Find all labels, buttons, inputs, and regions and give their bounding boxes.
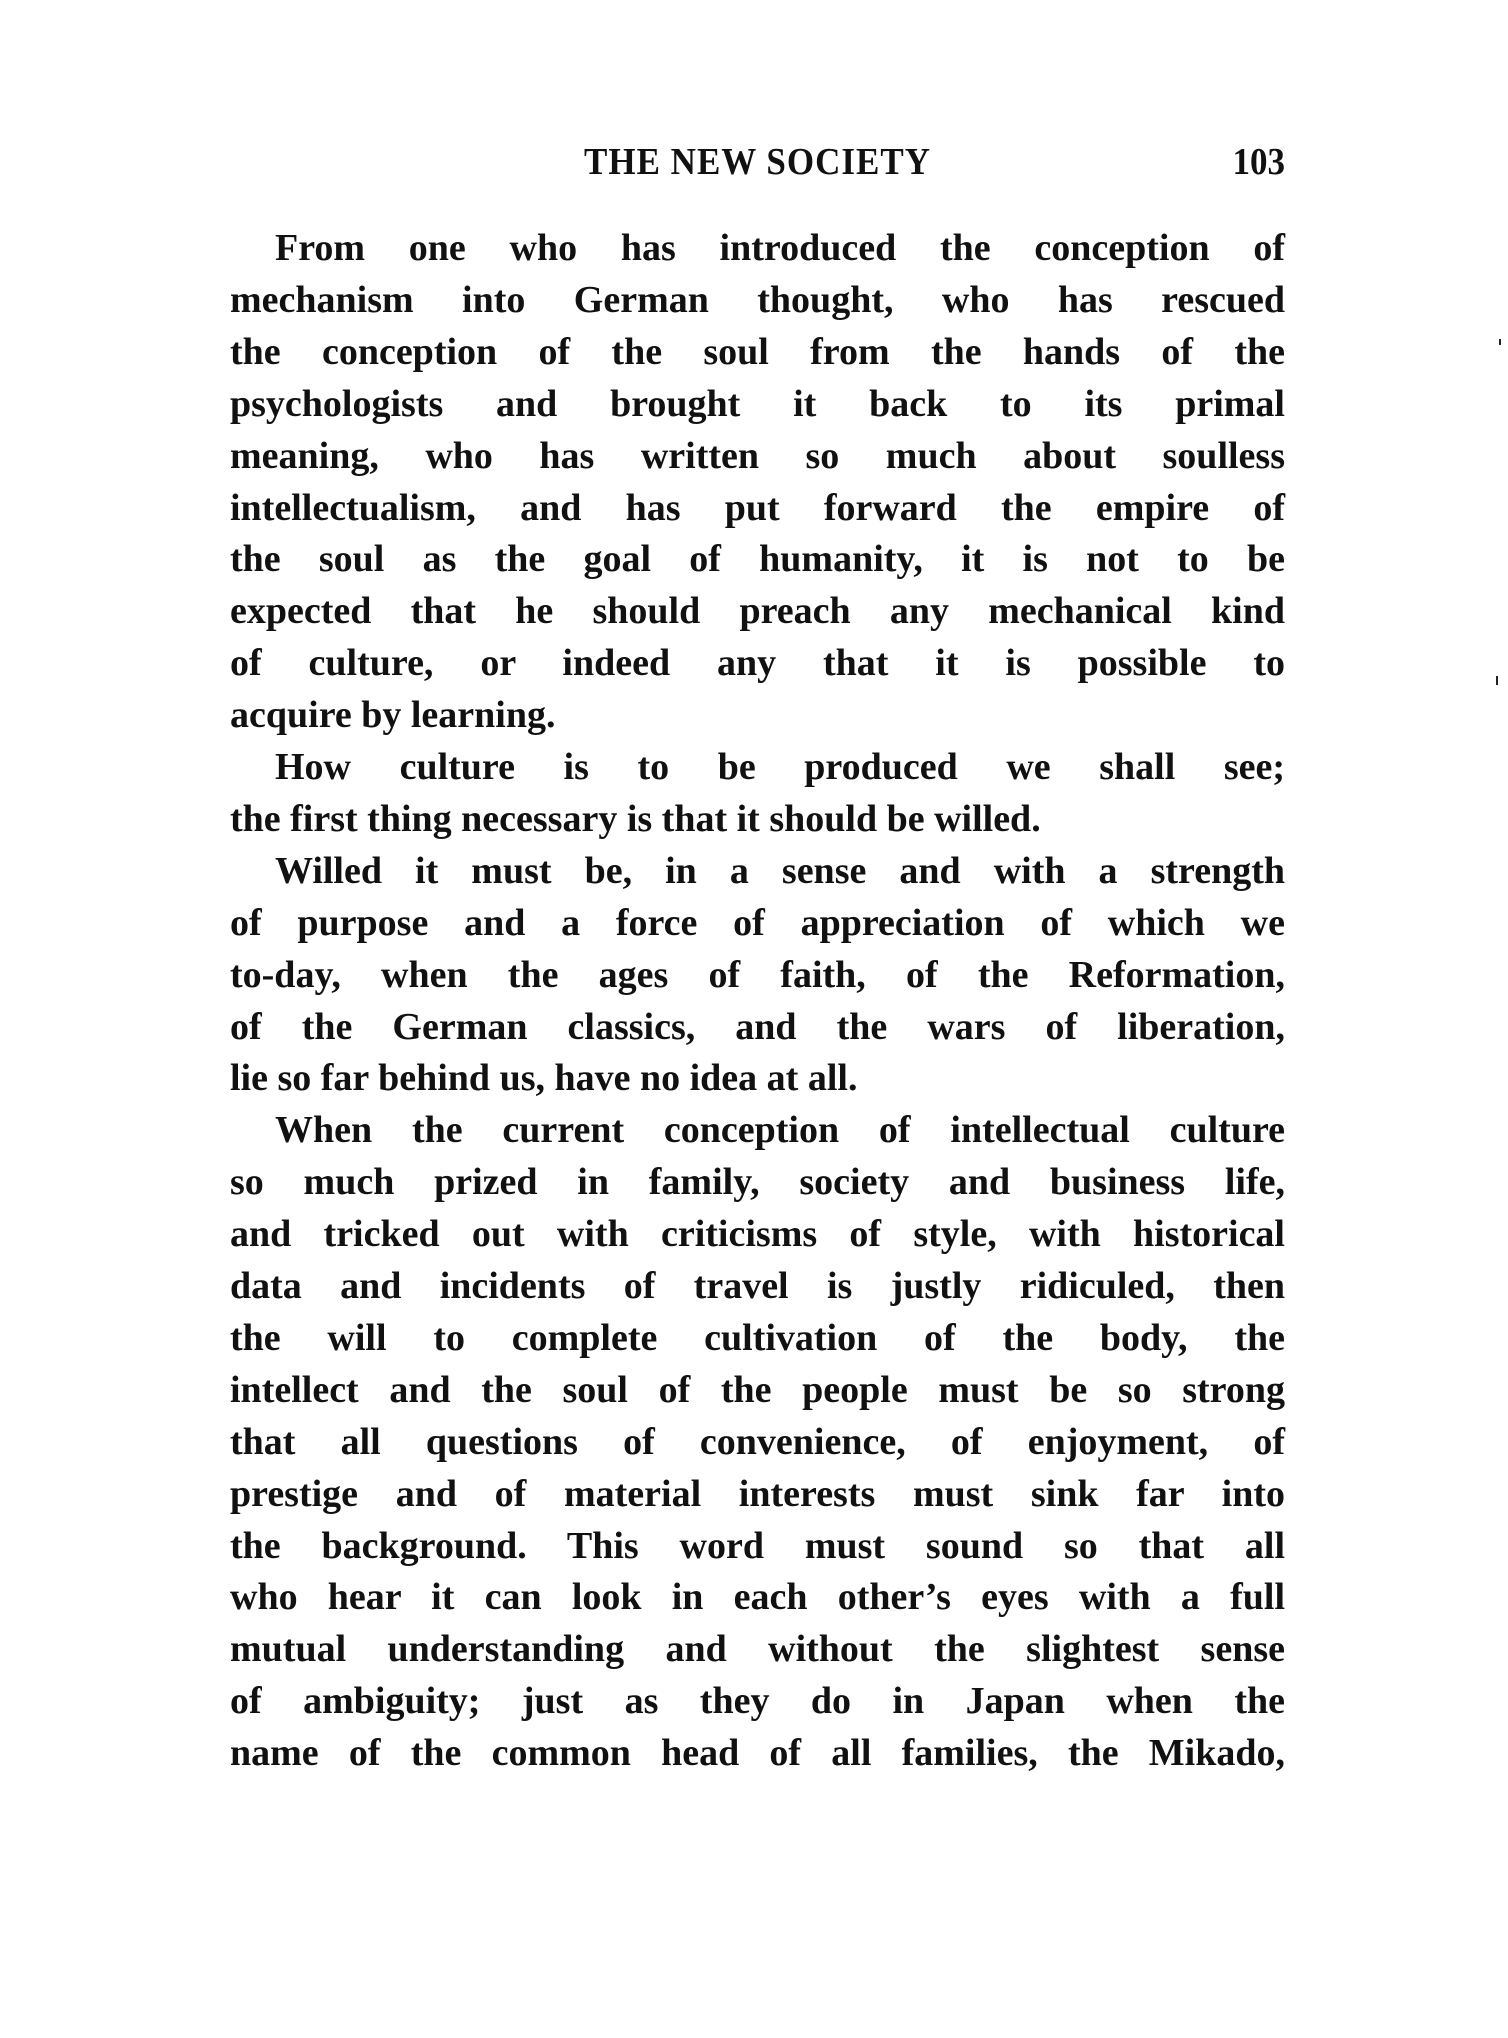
text-line: the conception of the soul from the hand… (230, 326, 1285, 378)
text-line: lie so far behind us, have no idea at al… (230, 1052, 1285, 1104)
text-line: meaning, who has written so much about s… (230, 430, 1285, 482)
text-line: intellectualism, and has put forward the… (230, 482, 1285, 534)
text-line: the first thing necessary is that it sho… (230, 793, 1285, 845)
text-line: to-day, when the ages of faith, of the R… (230, 949, 1285, 1001)
text-line: When the current conception of intellect… (230, 1104, 1285, 1156)
text-line: of purpose and a force of appreciation o… (230, 897, 1285, 949)
book-page: THE NEW SOCIETY 103 From one who has int… (0, 0, 1508, 2038)
text-line: mutual understanding and without the sli… (230, 1623, 1285, 1675)
text-line: of the German classics, and the wars of … (230, 1001, 1285, 1053)
text-line: name of the common head of all families,… (230, 1727, 1285, 1779)
page-number: 103 (1233, 140, 1286, 183)
text-line: How culture is to be produced we shall s… (230, 741, 1285, 793)
running-title: THE NEW SOCIETY (230, 140, 1285, 183)
text-line: the soul as the goal of humanity, it is … (230, 533, 1285, 585)
text-line: data and incidents of travel is justly r… (230, 1260, 1285, 1312)
text-line: of ambiguity; just as they do in Japan w… (230, 1675, 1285, 1727)
page-header: THE NEW SOCIETY 103 (230, 142, 1285, 192)
text-line: expected that he should preach any mecha… (230, 585, 1285, 637)
text-line: that all questions of convenience, of en… (230, 1416, 1285, 1468)
text-line: so much prized in family, society and bu… (230, 1156, 1285, 1208)
text-line: mechanism into German thought, who has r… (230, 274, 1285, 326)
text-line: the background. This word must sound so … (230, 1520, 1285, 1572)
text-line: and tricked out with criticisms of style… (230, 1208, 1285, 1260)
scan-speck (1499, 339, 1501, 345)
text-line: who hear it can look in each other’s eye… (230, 1571, 1285, 1623)
text-line: acquire by learning. (230, 689, 1285, 741)
text-line: From one who has introduced the concepti… (230, 222, 1285, 274)
text-line: intellect and the soul of the people mus… (230, 1364, 1285, 1416)
text-line: psychologists and brought it back to its… (230, 378, 1285, 430)
text-line: Willed it must be, in a sense and with a… (230, 845, 1285, 897)
scan-speck (1496, 676, 1498, 685)
text-line: the will to complete cultivation of the … (230, 1312, 1285, 1364)
text-line: of culture, or indeed any that it is pos… (230, 637, 1285, 689)
text-line: prestige and of material interests must … (230, 1468, 1285, 1520)
